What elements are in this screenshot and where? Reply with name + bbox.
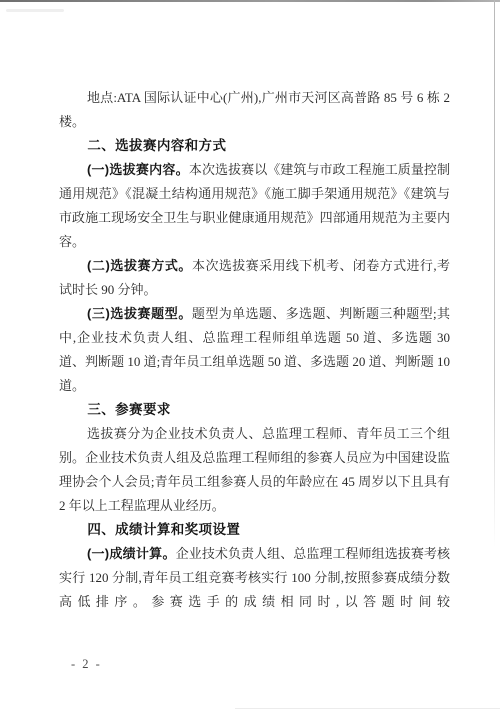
paragraph-lead: (一)成绩计算。 xyxy=(87,546,176,561)
page-number: - 2 - xyxy=(71,657,102,672)
scan-artifact-bottom-edge xyxy=(235,708,500,709)
scan-artifact-smudge xyxy=(6,9,64,12)
paragraph-requirements: 选拔赛分为企业技术负责人、总监理工程师、青年员工三个组别。企业技术负责人组及总监… xyxy=(59,422,450,518)
scan-artifact-right-edge xyxy=(494,0,495,548)
section-heading-3: 三、参赛要求 xyxy=(59,398,450,422)
paragraph-location: 地点:ATA 国际认证中心(广州),广州市天河区高普路 85 号 6 栋 2 楼… xyxy=(59,86,450,134)
section-heading-2: 二、选拔赛内容和方式 xyxy=(59,134,450,158)
paragraph-method: (二)选拔赛方式。本次选拔赛采用线下机考、闭卷方式进行,考试时长 90 分钟。 xyxy=(59,254,450,302)
paragraph-content: (一)选拔赛内容。本次选拔赛以《建筑与市政工程施工质量控制通用规范》《混凝土结构… xyxy=(59,158,450,254)
section-heading-4: 四、成绩计算和奖项设置 xyxy=(59,518,450,542)
document-body: 地点:ATA 国际认证中心(广州),广州市天河区高普路 85 号 6 栋 2 楼… xyxy=(59,86,450,614)
paragraph-lead: (三)选拔赛题型。 xyxy=(87,306,192,321)
paragraph-scoring: (一)成绩计算。企业技术负责人组、总监理工程师组选拔赛考核实行 120 分制,青… xyxy=(59,542,450,614)
paragraph-lead: (一)选拔赛内容。 xyxy=(87,162,189,177)
document-page: 地点:ATA 国际认证中心(广州),广州市天河区高普路 85 号 6 栋 2 楼… xyxy=(0,0,500,710)
scan-artifact-top-edge xyxy=(0,0,500,2)
paragraph-lead: (二)选拔赛方式。 xyxy=(87,258,192,273)
paragraph-text: 选拔赛分为企业技术负责人、总监理工程师、青年员工三个组别。企业技术负责人组及总监… xyxy=(59,426,450,513)
paragraph-question-types: (三)选拔赛题型。题型为单选题、多选题、判断题三种题型;其中,企业技术负责人组、… xyxy=(59,302,450,398)
paragraph-text: 地点:ATA 国际认证中心(广州),广州市天河区高普路 85 号 6 栋 2 楼… xyxy=(59,90,450,129)
